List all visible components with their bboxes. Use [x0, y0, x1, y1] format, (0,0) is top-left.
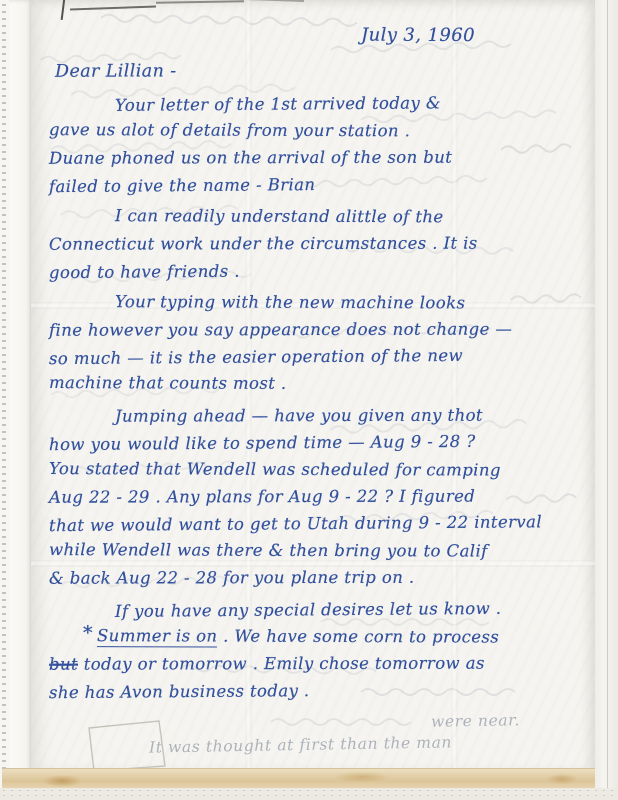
letter-line: Aug 22 - 29 . Any plans for Aug 9 - 22 ?… [49, 482, 595, 510]
letter-line: Jumping ahead — have you given any thot [115, 401, 595, 429]
letter-text: Dear Lillian - [55, 61, 177, 81]
letter-text: fine however you say appearance does not… [49, 320, 512, 340]
letter-text: July 3, 1960 [361, 25, 475, 46]
letter-line: she has Avon business today . [49, 675, 595, 706]
letter-text: You stated that Wendell was scheduled fo… [49, 459, 501, 480]
letter-line: while Wendell was there & then bring you… [49, 536, 595, 565]
letter-text: she has Avon business today . [49, 681, 310, 702]
letter-line: July 3, 1960 [361, 22, 595, 50]
letter-line: You stated that Wendell was scheduled fo… [49, 455, 595, 484]
letter-line: good to have friends . [49, 255, 595, 286]
letter-text: Duane phoned us on the arrival of the so… [49, 148, 452, 168]
letter-text: that we would want to get to Utah during… [49, 512, 542, 535]
ghost-pencil-line: were near. [431, 711, 520, 731]
letter-text: so much — it is the easier operation of … [49, 346, 463, 368]
margin-asterisk: * [83, 620, 93, 647]
letter-text: & back Aug 22 - 28 for you plane trip on… [49, 568, 415, 588]
letter-line: so much — it is the easier operation of … [49, 341, 595, 372]
letter-text: I can readily understand alittle of the [115, 206, 444, 226]
letter-line: *Summer is on . We have some corn to pro… [97, 622, 595, 651]
letter-text: while Wendell was there & then bring you… [49, 540, 488, 561]
letter-text: today or tomorrow . Emily chose tomorrow… [78, 654, 485, 674]
letter-line: Your letter of the 1st arrived today & [115, 88, 595, 119]
letter-text: failed to give the name - Brian [49, 175, 316, 196]
ghost-pencil-line: It was thought at first than the man [149, 733, 452, 756]
letter-text: If you have any special desires let us k… [115, 599, 501, 621]
letter-text: Aug 22 - 29 . Any plans for Aug 9 - 22 ?… [49, 487, 475, 507]
letter-text: Your letter of the 1st arrived today & [115, 93, 441, 115]
letter-text: good to have friends . [49, 262, 240, 282]
letter-line: If you have any special desires let us k… [115, 594, 595, 625]
letter-line: gave us alot of details from your statio… [49, 116, 595, 145]
stained-bottom-edge [2, 768, 612, 789]
letter-text: but [49, 655, 78, 674]
letter-text: Summer is on [97, 626, 218, 647]
letter-line: Dear Lillian - [55, 57, 595, 85]
letter-line: that we would want to get to Utah during… [49, 508, 595, 539]
letter-text: Jumping ahead — have you given any thot [115, 406, 483, 426]
letter-line: machine that counts most . [49, 369, 595, 398]
letter-line: I can readily understand alittle of the [115, 202, 595, 231]
letter-line: failed to give the name - Brian [49, 169, 595, 200]
letter-text: Connecticut work under the circumstances… [49, 234, 478, 254]
textured-backing-paper [0, 788, 618, 800]
letter-lines: July 3, 1960Dear Lillian -Your letter of… [31, 0, 595, 704]
letter-text: gave us alot of details from your statio… [49, 120, 410, 140]
letter-line: how you would like to spend time — Aug 9… [49, 427, 595, 458]
letter-line: but today or tomorrow . Emily chose tomo… [49, 649, 595, 677]
letter-text: Your typing with the new machine looks [115, 292, 465, 312]
letter-text: how you would like to spend time — Aug 9… [49, 432, 476, 454]
scanned-letter-scene: July 3, 1960Dear Lillian -Your letter of… [0, 0, 618, 800]
underlying-sheet-edge [9, 0, 33, 786]
letter-line: Duane phoned us on the arrival of the so… [49, 143, 595, 171]
letter-page: July 3, 1960Dear Lillian -Your letter of… [31, 0, 595, 775]
right-sheet-edge [595, 0, 618, 788]
letter-text: machine that counts most . [49, 373, 287, 393]
letter-text: . We have some corn to process [217, 627, 499, 647]
letter-line: & back Aug 22 - 28 for you plane trip on… [49, 563, 595, 591]
letter-line: Your typing with the new machine looks [115, 288, 595, 317]
letter-line: fine however you say appearance does not… [49, 315, 595, 343]
letter-line: Connecticut work under the circumstances… [49, 229, 595, 257]
